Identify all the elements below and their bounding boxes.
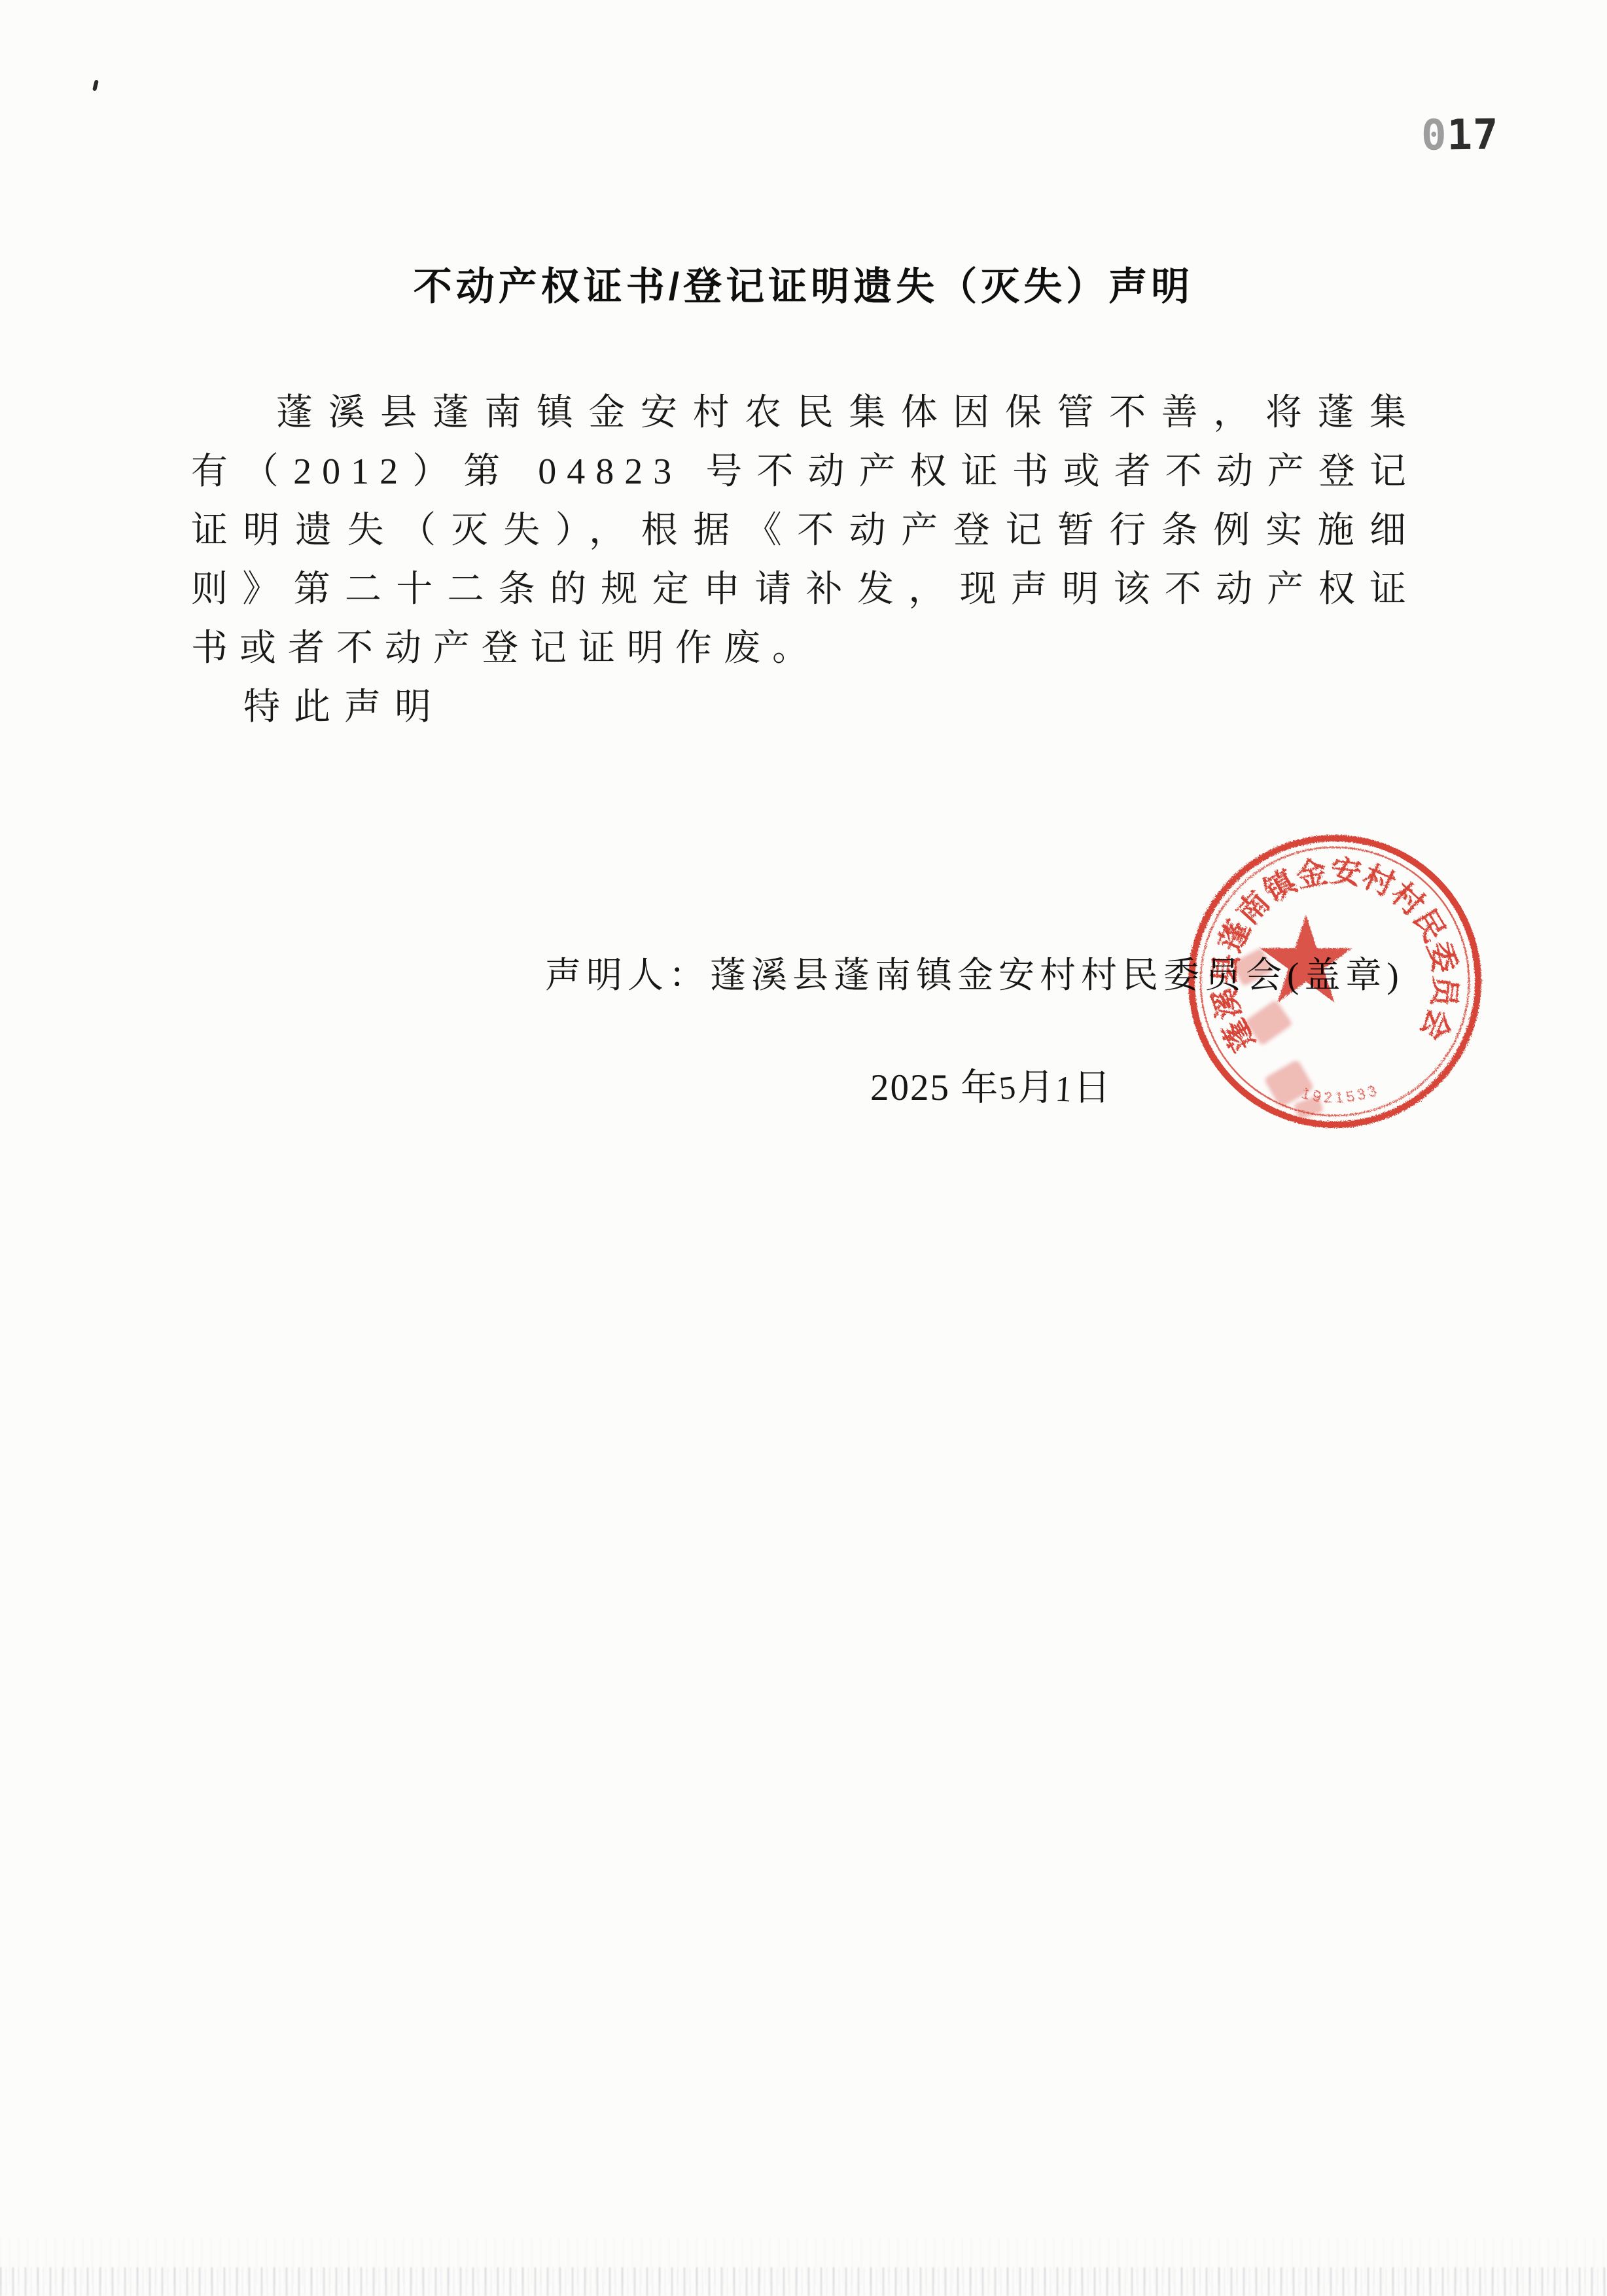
body-line: 证明遗失（灭失），根据《不动产登记暂行条例实施细: [191, 501, 1417, 560]
scanned-document-page: 017 不动产权证书/登记证明遗失（灭失）声明 蓬溪县蓬南镇金安村农民集体因保管…: [0, 0, 1607, 2296]
closing-line: 特此声明: [191, 678, 1417, 737]
date-day-label: 日: [1073, 1067, 1112, 1108]
declarant-line: 声明人：蓬溪县蓬南镇金安村村民委员会(盖章): [545, 946, 1404, 998]
date-line: 2025 年5月1日: [870, 1057, 1112, 1111]
date-year: 2025 年: [870, 1067, 999, 1108]
date-month-label: 月: [1017, 1067, 1055, 1108]
document-title: 不动产权证书/登记证明遗失（灭失）声明: [0, 255, 1607, 311]
page-number-stamp: 017: [1421, 111, 1499, 160]
date-month-handwritten: 5: [998, 1068, 1019, 1107]
date-day-handwritten: 1: [1055, 1067, 1074, 1110]
ink-speck: [92, 80, 99, 92]
body-line: 蓬溪县蓬南镇金安村农民集体因保管不善，将蓬集: [191, 383, 1417, 442]
declaration-body: 蓬溪县蓬南镇金安村农民集体因保管不善，将蓬集 有（2012）第 04823 号不…: [191, 383, 1417, 737]
scan-noise-band: [0, 2267, 1607, 2296]
body-line: 有（2012）第 04823 号不动产权证书或者不动产登记: [191, 442, 1417, 501]
body-line: 书或者不动产登记证明作废。: [191, 619, 1417, 678]
body-line: 则》第二十二条的规定申请补发，现声明该不动产权证: [191, 560, 1417, 619]
